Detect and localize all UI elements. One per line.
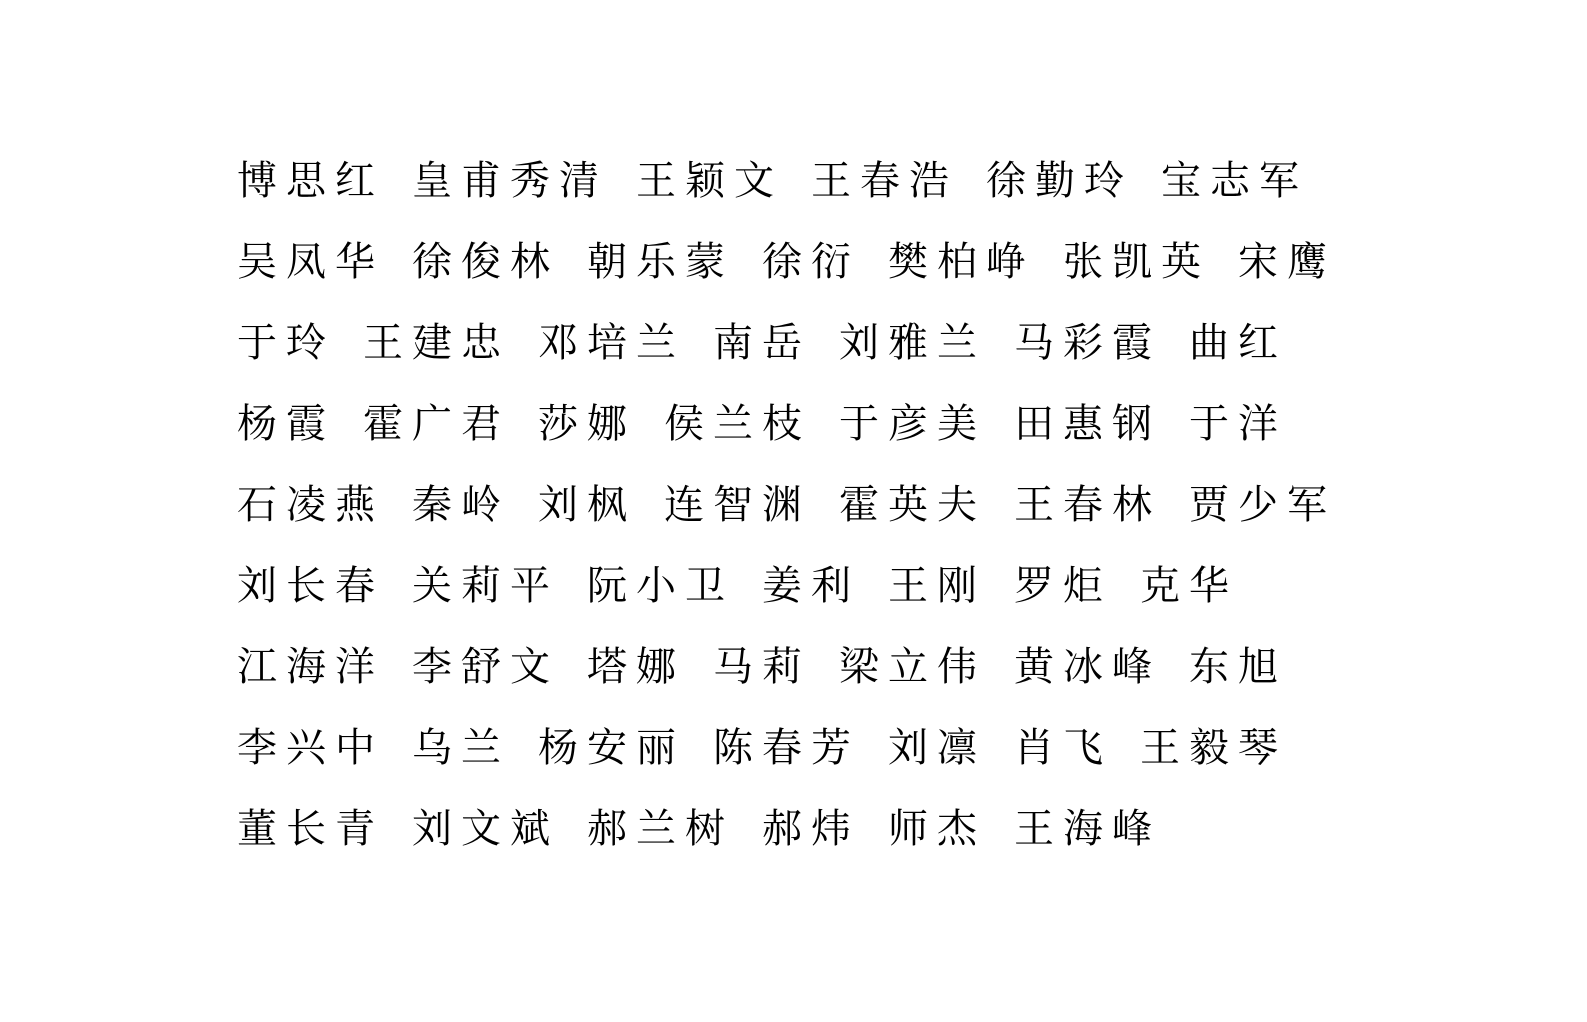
person-name: 阮小卫	[587, 554, 734, 611]
person-name: 刘长春	[237, 554, 384, 611]
person-name: 刘文斌	[412, 797, 559, 854]
person-name: 霍广君	[363, 392, 510, 449]
person-name: 杨霞	[237, 392, 335, 449]
name-row: 董长青刘文斌郝兰树郝炜师杰王海峰	[237, 785, 1417, 866]
person-name: 王毅琴	[1140, 716, 1287, 773]
person-name: 莎娜	[538, 392, 636, 449]
person-name: 师杰	[888, 797, 986, 854]
person-name: 王海峰	[1014, 797, 1161, 854]
name-row: 石凌燕秦岭刘枫连智渊霍英夫王春林贾少军	[237, 461, 1417, 542]
person-name: 王春浩	[811, 149, 958, 206]
person-name: 曲红	[1189, 311, 1287, 368]
person-name: 王春林	[1014, 473, 1161, 530]
person-name: 于洋	[1189, 392, 1287, 449]
name-row: 李兴中乌兰杨安丽陈春芳刘凛肖飞王毅琴	[237, 704, 1417, 785]
person-name: 梁立伟	[839, 635, 986, 692]
person-name: 宝志军	[1161, 149, 1308, 206]
person-name: 宋鹰	[1238, 230, 1336, 287]
person-name: 刘枫	[538, 473, 636, 530]
name-list: 博思红皇甫秀清王颖文王春浩徐勤玲宝志军吴凤华徐俊林朝乐蒙徐衍樊柏峥张凯英宋鹰于玲…	[237, 137, 1417, 866]
person-name: 陈春芳	[713, 716, 860, 773]
person-name: 罗炬	[1014, 554, 1112, 611]
person-name: 江海洋	[237, 635, 384, 692]
person-name: 黄冰峰	[1014, 635, 1161, 692]
name-row: 刘长春关莉平阮小卫姜利王刚罗炬克华	[237, 542, 1417, 623]
person-name: 霍英夫	[839, 473, 986, 530]
name-row: 杨霞霍广君莎娜侯兰枝于彦美田惠钢于洋	[237, 380, 1417, 461]
person-name: 于彦美	[839, 392, 986, 449]
person-name: 东旭	[1189, 635, 1287, 692]
person-name: 樊柏峥	[888, 230, 1035, 287]
person-name: 李舒文	[412, 635, 559, 692]
person-name: 吴凤华	[237, 230, 384, 287]
person-name: 贾少军	[1189, 473, 1336, 530]
person-name: 南岳	[713, 311, 811, 368]
person-name: 徐俊林	[412, 230, 559, 287]
person-name: 姜利	[762, 554, 860, 611]
person-name: 皇甫秀清	[412, 149, 608, 206]
person-name: 王刚	[888, 554, 986, 611]
person-name: 侯兰枝	[664, 392, 811, 449]
person-name: 杨安丽	[538, 716, 685, 773]
person-name: 马莉	[713, 635, 811, 692]
person-name: 刘雅兰	[839, 311, 986, 368]
name-row: 吴凤华徐俊林朝乐蒙徐衍樊柏峥张凯英宋鹰	[237, 218, 1417, 299]
person-name: 王颖文	[636, 149, 783, 206]
person-name: 秦岭	[412, 473, 510, 530]
person-name: 克华	[1140, 554, 1238, 611]
person-name: 张凯英	[1063, 230, 1210, 287]
person-name: 李兴中	[237, 716, 384, 773]
person-name: 田惠钢	[1014, 392, 1161, 449]
person-name: 邓培兰	[538, 311, 685, 368]
person-name: 郝炜	[762, 797, 860, 854]
person-name: 刘凛	[888, 716, 986, 773]
person-name: 塔娜	[587, 635, 685, 692]
person-name: 连智渊	[664, 473, 811, 530]
person-name: 王建忠	[363, 311, 510, 368]
person-name: 石凌燕	[237, 473, 384, 530]
name-row: 博思红皇甫秀清王颖文王春浩徐勤玲宝志军	[237, 137, 1417, 218]
person-name: 博思红	[237, 149, 384, 206]
document-page: 博思红皇甫秀清王颖文王春浩徐勤玲宝志军吴凤华徐俊林朝乐蒙徐衍樊柏峥张凯英宋鹰于玲…	[0, 0, 1587, 1022]
person-name: 朝乐蒙	[587, 230, 734, 287]
person-name: 乌兰	[412, 716, 510, 773]
person-name: 关莉平	[412, 554, 559, 611]
name-row: 于玲王建忠邓培兰南岳刘雅兰马彩霞曲红	[237, 299, 1417, 380]
person-name: 马彩霞	[1014, 311, 1161, 368]
person-name: 徐勤玲	[986, 149, 1133, 206]
name-row: 江海洋李舒文塔娜马莉梁立伟黄冰峰东旭	[237, 623, 1417, 704]
person-name: 董长青	[237, 797, 384, 854]
person-name: 肖飞	[1014, 716, 1112, 773]
person-name: 徐衍	[762, 230, 860, 287]
person-name: 郝兰树	[587, 797, 734, 854]
person-name: 于玲	[237, 311, 335, 368]
